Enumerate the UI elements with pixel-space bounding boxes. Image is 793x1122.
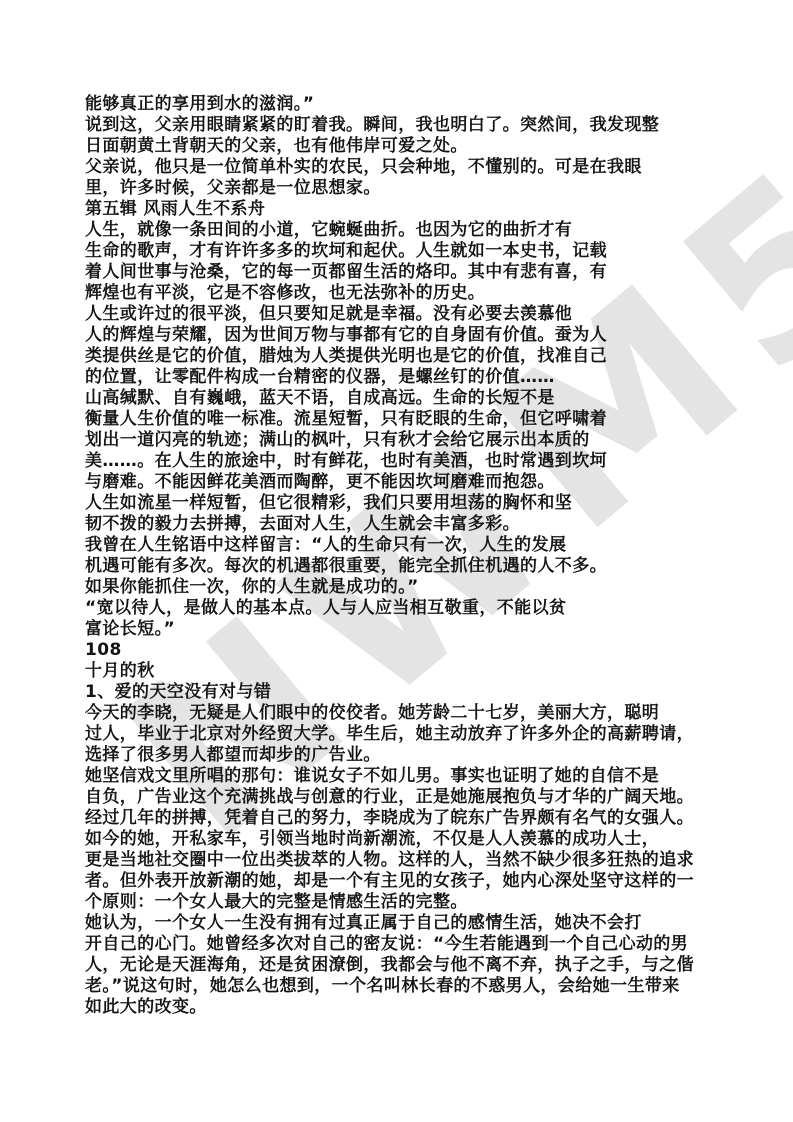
text-line: 选择了很多男人都望而却步的广告业。	[85, 745, 745, 766]
text-line: 美……。在人生的旅途中，时有鲜花，也时有美酒，也时常遇到坎坷	[85, 451, 745, 472]
text-line: 过人，毕业于北京对外经贸大学。毕生后，她主动放弃了许多外企的高薪聘请，	[85, 724, 745, 745]
text-line: 个原则：一个女人最大的完整是情感生活的完整。	[85, 892, 745, 913]
text-line: 的位置，让零配件构成一台精密的仪器，是螺丝钉的价值……	[85, 367, 745, 388]
text-line: 她坚信戏文里所唱的那句：谁说女子不如儿男。事实也证明了她的自信不是	[85, 766, 745, 787]
page-number: 108	[85, 640, 745, 661]
text-line: 人生或许过的很平淡，但只要知足就是幸福。没有必要去羡慕他	[85, 304, 745, 325]
text-line: 如此大的改变。	[85, 997, 745, 1018]
text-line: 人，无论是天涯海角，还是贫困潦倒，我都会与他不离不弃，执子之手，与之偕	[85, 955, 745, 976]
text-line: 韧不拨的毅力去拼搏，去面对人生，人生就会丰富多彩。	[85, 514, 745, 535]
text-line: “宽以待人，是做人的基本点。人与人应当相互敬重，不能以贫	[85, 598, 745, 619]
text-line: 她认为，一个女人一生没有拥有过真正属于自己的感情生活，她决不会打	[85, 913, 745, 934]
text-line: 开自己的心门。她曾经多次对自己的密友说：“今生若能遇到一个自己心动的男	[85, 934, 745, 955]
text-line: 生命的歌声，才有许许多多的坎坷和起伏。人生就如一本史书，记载	[85, 241, 745, 262]
text-line: 我曾在人生铭语中这样留言：“人的生命只有一次，人生的发展	[85, 535, 745, 556]
text-line: 人生，就像一条田间的小道，它蜿蜒曲折。也因为它的曲折才有	[85, 220, 745, 241]
text-line: 机遇可能有多次。每次的机遇都很重要，能完全抓住机遇的人不多。	[85, 556, 745, 577]
text-line: 更是当地社交圈中一位出类拔萃的人物。这样的人，当然不缺少很多狂热的追求	[85, 850, 745, 871]
section-heading: 第五辑 风雨人生不系舟	[85, 199, 745, 220]
text-block: 能够真正的享用到水的滋润。”说到这，父亲用眼睛紧紧的盯着我。瞬间，我也明白了。突…	[85, 94, 745, 1018]
chapter-heading: 1、爱的天空没有对与错	[85, 682, 745, 703]
text-line: 类提供丝是它的价值，腊烛为人类提供光明也是它的价值，找准自己	[85, 346, 745, 367]
text-line: 今天的李晓，无疑是人们眼中的佼佼者。她芳龄二十七岁，美丽大方，聪明	[85, 703, 745, 724]
text-line: 人生如流星一样短暂，但它很精彩，我们只要用坦荡的胸怀和坚	[85, 493, 745, 514]
text-line: 说到这，父亲用眼睛紧紧的盯着我。瞬间，我也明白了。突然间，我发现整	[85, 115, 745, 136]
text-line: 如今的她，开私家车，引领当地时尚新潮流，不仅是人人羡慕的成功人士，	[85, 829, 745, 850]
text-line: 衡量人生价值的唯一标准。流星短暂，只有眨眼的生命，但它呼啸着	[85, 409, 745, 430]
text-line: 里，许多时候，父亲都是一位思想家。	[85, 178, 745, 199]
text-line: 父亲说，他只是一位简单朴实的农民，只会种地，不懂别的。可是在我眼	[85, 157, 745, 178]
text-line: 者。但外表开放新潮的她，却是一个有主见的女孩子，她内心深处坚守这样的一	[85, 871, 745, 892]
text-line: 日面朝黄土背朝天的父亲，也有他伟岸可爱之处。	[85, 136, 745, 157]
book-title: 十月的秋	[85, 661, 745, 682]
text-line: 能够真正的享用到水的滋润。”	[85, 94, 745, 115]
text-line: 山高缄默、自有巍峨，蓝天不语，自成高远。生命的长短不是	[85, 388, 745, 409]
text-line: 人的辉煌与荣耀，因为世间万物与事都有它的自身固有价值。蚕为人	[85, 325, 745, 346]
text-line: 自负，广告业这个充满挑战与创意的行业，正是她施展抱负与才华的广阔天地。	[85, 787, 745, 808]
text-line: 划出一道闪亮的轨迹；满山的枫叶，只有秋才会给它展示出本质的	[85, 430, 745, 451]
text-line: 富论长短。”	[85, 619, 745, 640]
text-line: 经过几年的拼搏，凭着自己的努力，李晓成为了皖东广告界颇有名气的女强人。	[85, 808, 745, 829]
text-line: 与磨难。不能因鲜花美酒而陶醉，更不能因坎坷磨难而抱怨。	[85, 472, 745, 493]
document-page: NWM5 能够真正的享用到水的滋润。”说到这，父亲用眼睛紧紧的盯着我。瞬间，我也…	[0, 0, 793, 1122]
text-line: 如果你能抓住一次，你的人生就是成功的。”	[85, 577, 745, 598]
text-line: 着人间世事与沧桑，它的每一页都留生活的烙印。其中有悲有喜，有	[85, 262, 745, 283]
text-line: 老。”说这句时，她怎么也想到，一个名叫林长春的不惑男人，会给她一生带来	[85, 976, 745, 997]
text-line: 辉煌也有平淡，它是不容修改，也无法弥补的历史。	[85, 283, 745, 304]
